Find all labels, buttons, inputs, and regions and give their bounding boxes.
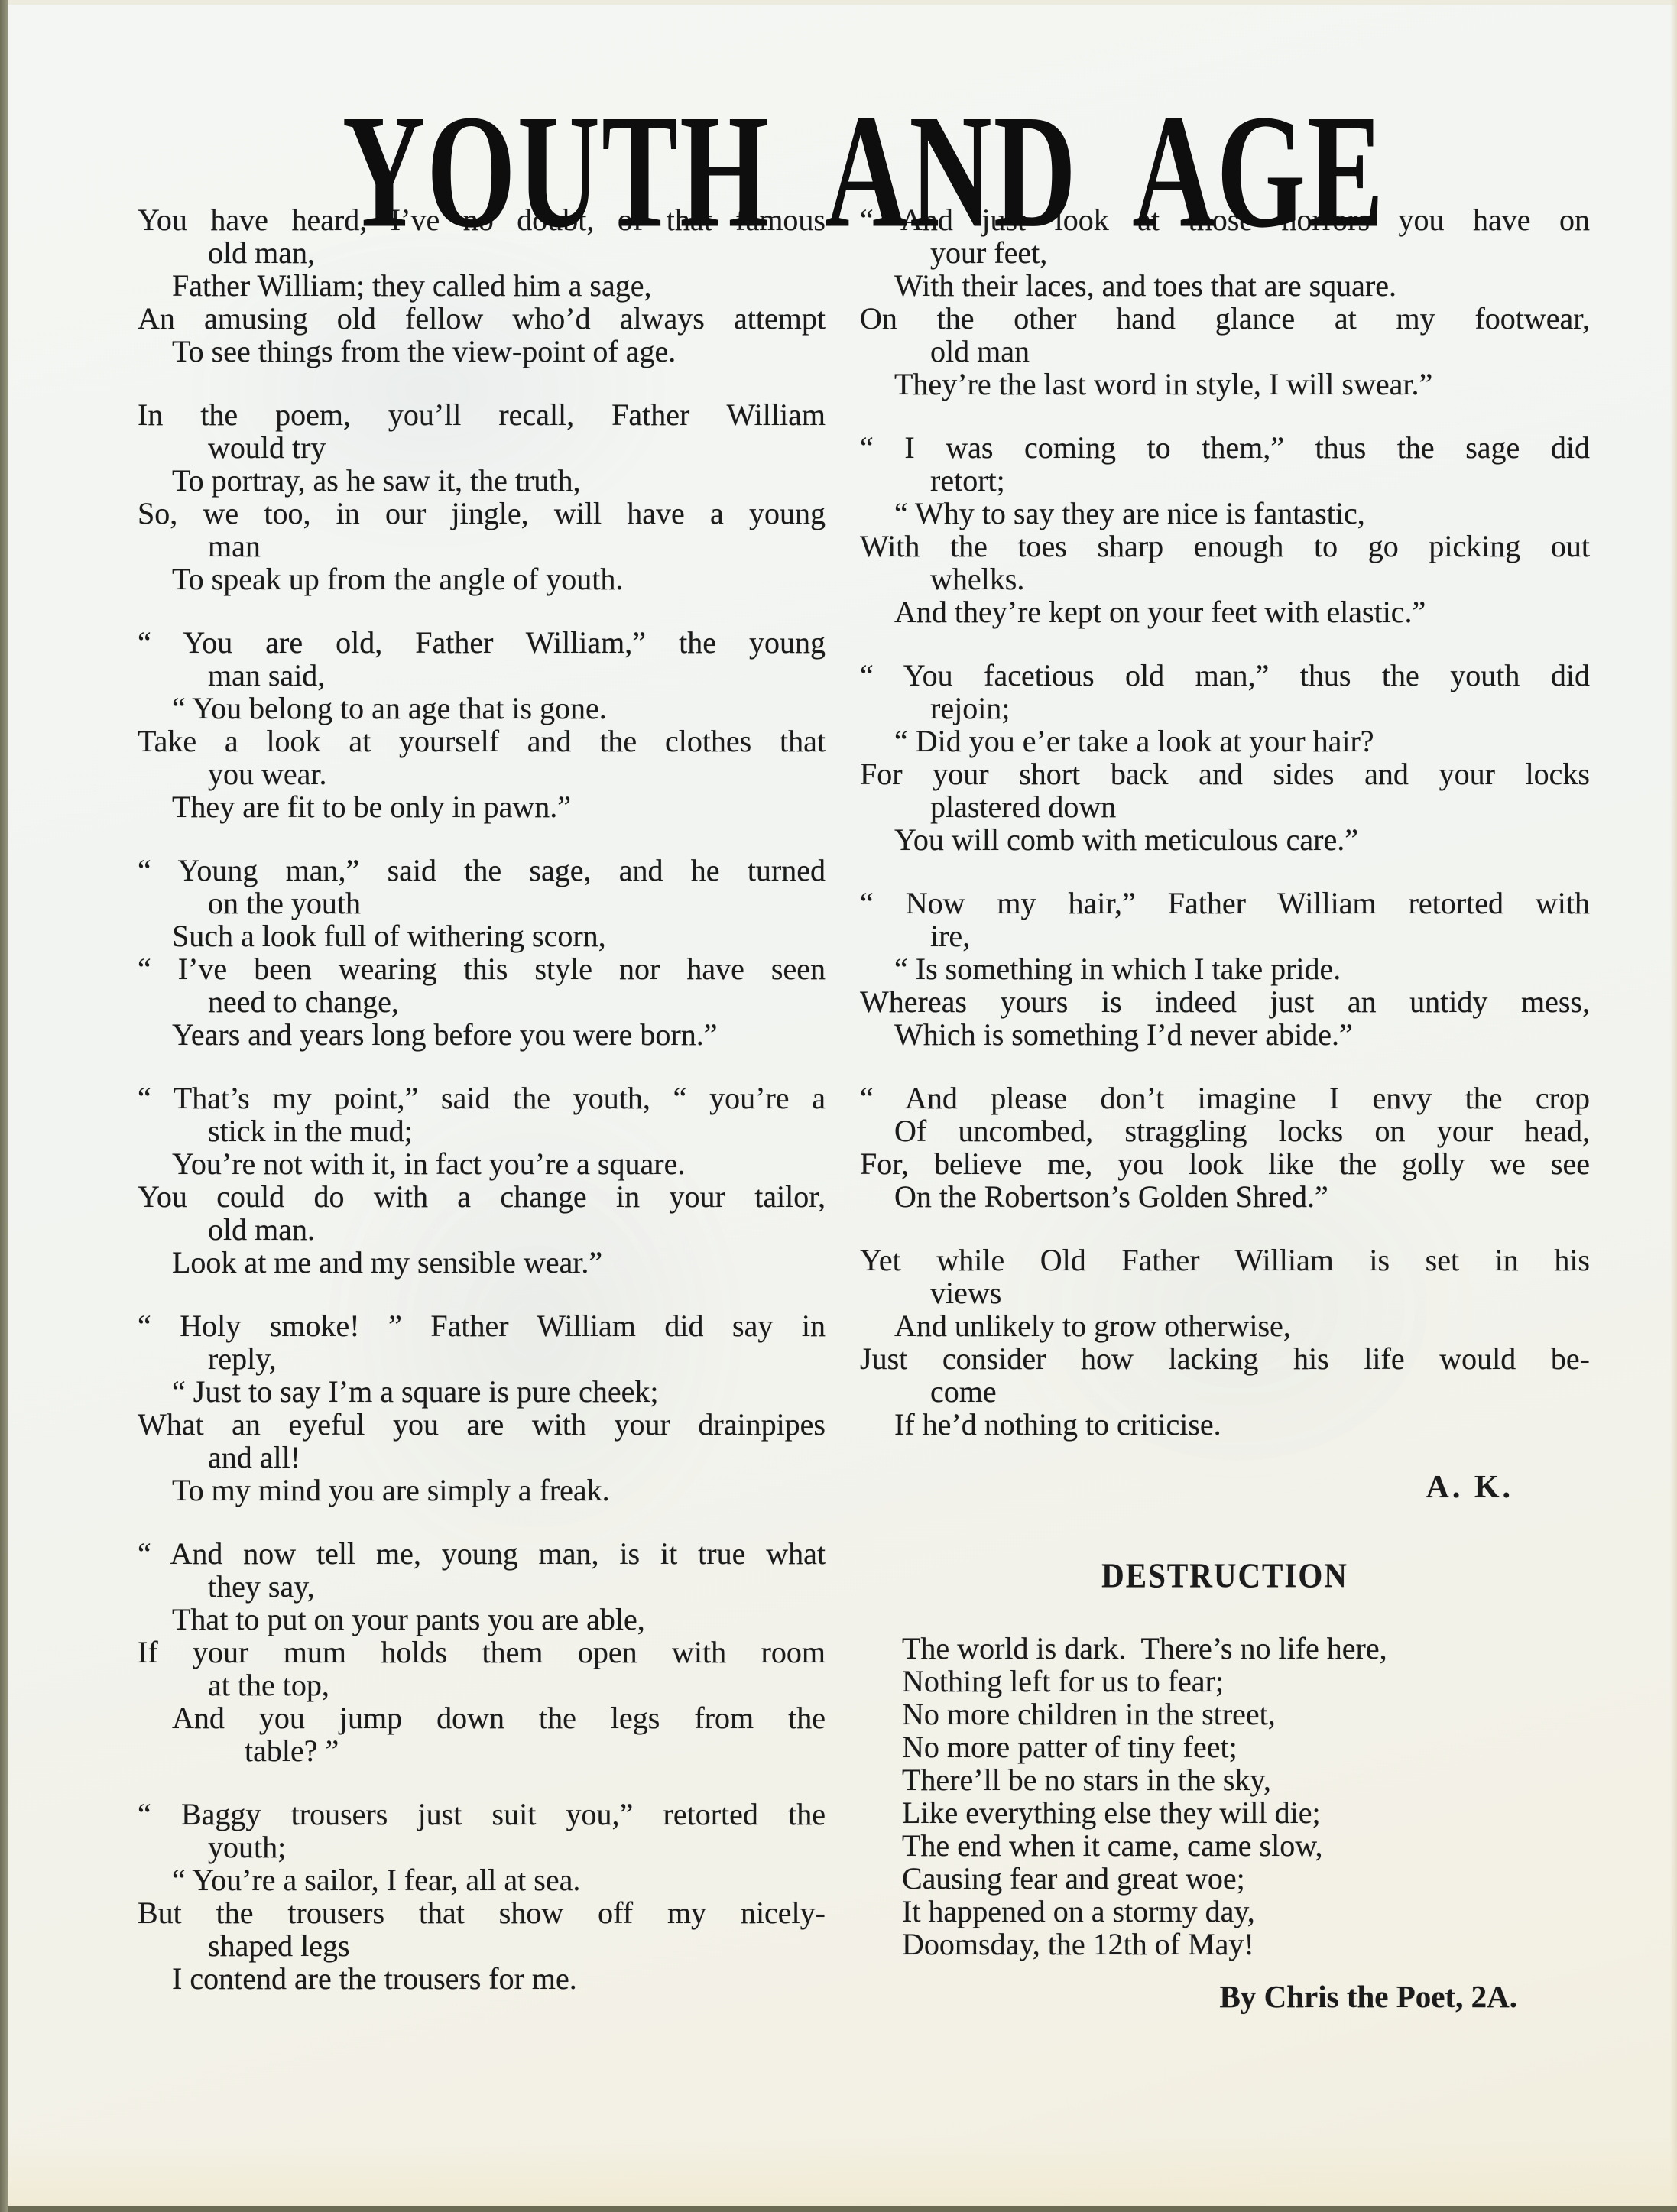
poem-line: table? ” (138, 1734, 826, 1767)
page-edge-cream-band (0, 2137, 1677, 2206)
right-column-stanzas: “ And just look at those horrors you hav… (860, 203, 1590, 1441)
poem-line: “ You belong to an age that is gone. (138, 692, 826, 725)
poem-line: That to put on your pants you are able, (138, 1603, 826, 1636)
destruction-lines: The world is dark. There’s no life here,… (860, 1632, 1590, 1961)
poem-line: To my mind you are simply a freak. (138, 1474, 826, 1507)
stanza: “ Baggy trousers just suit you,” retorte… (138, 1798, 826, 1995)
poem-line: shaped legs (138, 1929, 826, 1962)
poem-line: To portray, as he saw it, the truth, (138, 464, 826, 497)
poem-line: If he’d nothing to criticise. (860, 1408, 1590, 1441)
right-column: “ And just look at those horrors you hav… (860, 203, 1590, 2026)
poem-line: man (138, 530, 826, 563)
poem-line: “ Young man,” said the sage, and he turn… (138, 854, 826, 887)
poem-line: “ Is something in which I take pride. (860, 952, 1590, 985)
poem-line: and all! (138, 1441, 826, 1474)
page-content: YOUTH AND AGE You have heard, I’ve no do… (0, 0, 1677, 2212)
poem-line: would try (138, 431, 826, 464)
poem-line: The end when it came, came slow, (860, 1829, 1590, 1862)
poem-line: old man (860, 335, 1590, 368)
poem-line: they say, (138, 1570, 826, 1603)
page-edge-left (0, 0, 8, 2212)
stanza: “ And please don’t imagine I envy the cr… (860, 1082, 1590, 1213)
poem-line: Take a look at yourself and the clothes … (138, 725, 826, 757)
poem-line: come (860, 1375, 1590, 1408)
poem-line: “ I’ve been wearing this style nor have … (138, 952, 826, 985)
poem-line: “ Why to say they are nice is fantastic, (860, 497, 1590, 530)
stanza: “ And now tell me, young man, is it true… (138, 1537, 826, 1767)
poem-line: plastered down (860, 790, 1590, 823)
stanza: “ You facetious old man,” thus the youth… (860, 659, 1590, 856)
destruction-title: DESTRUCTION (860, 1557, 1590, 1594)
poem-line: “ Holy smoke! ” Father William did say i… (138, 1309, 826, 1342)
poem-line: stick in the mud; (138, 1114, 826, 1147)
poem-line: There’ll be no stars in the sky, (860, 1763, 1590, 1796)
poem-line: They’re the last word in style, I will s… (860, 368, 1590, 401)
left-column: You have heard, I’ve no doubt, of that f… (138, 203, 826, 2026)
stanza: “ I was coming to them,” thus the sage d… (860, 431, 1590, 628)
poem-line: Look at me and my sensible wear.” (138, 1246, 826, 1279)
poem-line: Yet while Old Father William is set in h… (860, 1244, 1590, 1276)
poem-line: With the toes sharp enough to go picking… (860, 530, 1590, 563)
poem-line: Causing fear and great woe; (860, 1862, 1590, 1895)
poem-line: I contend are the trousers for me. (138, 1962, 826, 1995)
poem-line: ire, (860, 920, 1590, 952)
stanza: “ You are old, Father William,” the youn… (138, 626, 826, 823)
author-initials: A. K. (860, 1471, 1590, 1504)
poem-line: Doomsday, the 12th of May! (860, 1928, 1590, 1961)
poem-line: “ I was coming to them,” thus the sage d… (860, 431, 1590, 464)
page-title: YOUTH AND AGE (342, 90, 1386, 253)
poem-line: need to change, (138, 985, 826, 1018)
poem-line: whelks. (860, 563, 1590, 595)
poem-line: No more patter of tiny feet; (860, 1730, 1590, 1763)
poem-line: For your short back and sides and your l… (860, 757, 1590, 790)
poem-line: To speak up from the angle of youth. (138, 563, 826, 595)
poem-line: Which is something I’d never abide.” (860, 1018, 1590, 1051)
stanza: In the poem, you’ll recall, Father Willi… (138, 398, 826, 595)
poem-line: man said, (138, 659, 826, 692)
two-column-layout: You have heard, I’ve no doubt, of that f… (138, 203, 1590, 2026)
scanned-page: { "youth_and_age": { "title": "YOUTH AND… (0, 0, 1677, 2212)
stanza: “ That’s my point,” said the youth, “ yo… (138, 1082, 826, 1279)
poem-line: rejoin; (860, 692, 1590, 725)
poem-line: If your mum holds them open with room (138, 1636, 826, 1669)
poem-line: “ Now my hair,” Father William retorted … (860, 887, 1590, 920)
poem-line: With their laces, and toes that are squa… (860, 269, 1590, 302)
poem-line: So, we too, in our jingle, will have a y… (138, 497, 826, 530)
page-edge-bottom (0, 2206, 1677, 2212)
poem-line: What an eyeful you are with your drainpi… (138, 1408, 826, 1441)
poem-line: No more children in the street, (860, 1698, 1590, 1730)
masthead: YOUTH AND AGE (138, 0, 1590, 193)
poem-line: at the top, (138, 1669, 826, 1701)
poem-line: To see things from the view-point of age… (138, 335, 826, 368)
poem-line: Just consider how lacking his life would… (860, 1342, 1590, 1375)
poem-line: On the other hand glance at my footwear, (860, 302, 1590, 335)
destruction-byline: By Chris the Poet, 2A. (860, 1980, 1590, 2013)
poem-line: You could do with a change in your tailo… (138, 1180, 826, 1213)
poem-line: “ You’re a sailor, I fear, all at sea. (138, 1863, 826, 1896)
poem-line: “ That’s my point,” said the youth, “ yo… (138, 1082, 826, 1114)
poem-line: You will comb with meticulous care.” (860, 823, 1590, 856)
stanza: “ Now my hair,” Father William retorted … (860, 887, 1590, 1051)
poem-line: On the Robertson’s Golden Shred.” (860, 1180, 1590, 1213)
poem-line: And unlikely to grow otherwise, (860, 1309, 1590, 1342)
page-edge-right (1670, 0, 1677, 2212)
poem-line: old man. (138, 1213, 826, 1246)
poem-line: views (860, 1276, 1590, 1309)
poem-line: Whereas yours is indeed just an untidy m… (860, 985, 1590, 1018)
poem-line: They are fit to be only in pawn.” (138, 790, 826, 823)
poem-line: The world is dark. There’s no life here, (860, 1632, 1590, 1665)
poem-line: retort; (860, 464, 1590, 497)
stanza: “ Holy smoke! ” Father William did say i… (138, 1309, 826, 1507)
poem-line: Like everything else they will die; (860, 1796, 1590, 1829)
poem-line: An amusing old fellow who’d always attem… (138, 302, 826, 335)
poem-line: on the youth (138, 887, 826, 920)
poem-line: You’re not with it, in fact you’re a squ… (138, 1147, 826, 1180)
poem-line: “ Just to say I’m a square is pure cheek… (138, 1375, 826, 1408)
poem-line: Nothing left for us to fear; (860, 1665, 1590, 1698)
poem-line: Years and years long before you were bor… (138, 1018, 826, 1051)
poem-line: Such a look full of withering scorn, (138, 920, 826, 952)
poem-line: For, believe me, you look like the golly… (860, 1147, 1590, 1180)
poem-line: “ Baggy trousers just suit you,” retorte… (138, 1798, 826, 1831)
poem-line: And you jump down the legs from the (138, 1701, 826, 1734)
stanza: Yet while Old Father William is set in h… (860, 1244, 1590, 1441)
page-edge-top (0, 0, 1677, 5)
poem-line: youth; (138, 1831, 826, 1863)
poem-line: reply, (138, 1342, 826, 1375)
poem-line: “ You facetious old man,” thus the youth… (860, 659, 1590, 692)
poem-line: Of uncombed, straggling locks on your he… (860, 1114, 1590, 1147)
poem-line: In the poem, you’ll recall, Father Willi… (138, 398, 826, 431)
poem-line: “ You are old, Father William,” the youn… (138, 626, 826, 659)
destruction-poem: DESTRUCTION The world is dark. There’s n… (860, 1559, 1590, 2013)
poem-line: “ Did you e’er take a look at your hair? (860, 725, 1590, 757)
poem-line: It happened on a stormy day, (860, 1895, 1590, 1928)
stanza: “ Young man,” said the sage, and he turn… (138, 854, 826, 1051)
poem-line: Father William; they called him a sage, (138, 269, 826, 302)
poem-line: “ And please don’t imagine I envy the cr… (860, 1082, 1590, 1114)
poem-line: But the trousers that show off my nicely… (138, 1896, 826, 1929)
poem-line: And they’re kept on your feet with elast… (860, 595, 1590, 628)
poem-line: “ And now tell me, young man, is it true… (138, 1537, 826, 1570)
poem-line: you wear. (138, 757, 826, 790)
